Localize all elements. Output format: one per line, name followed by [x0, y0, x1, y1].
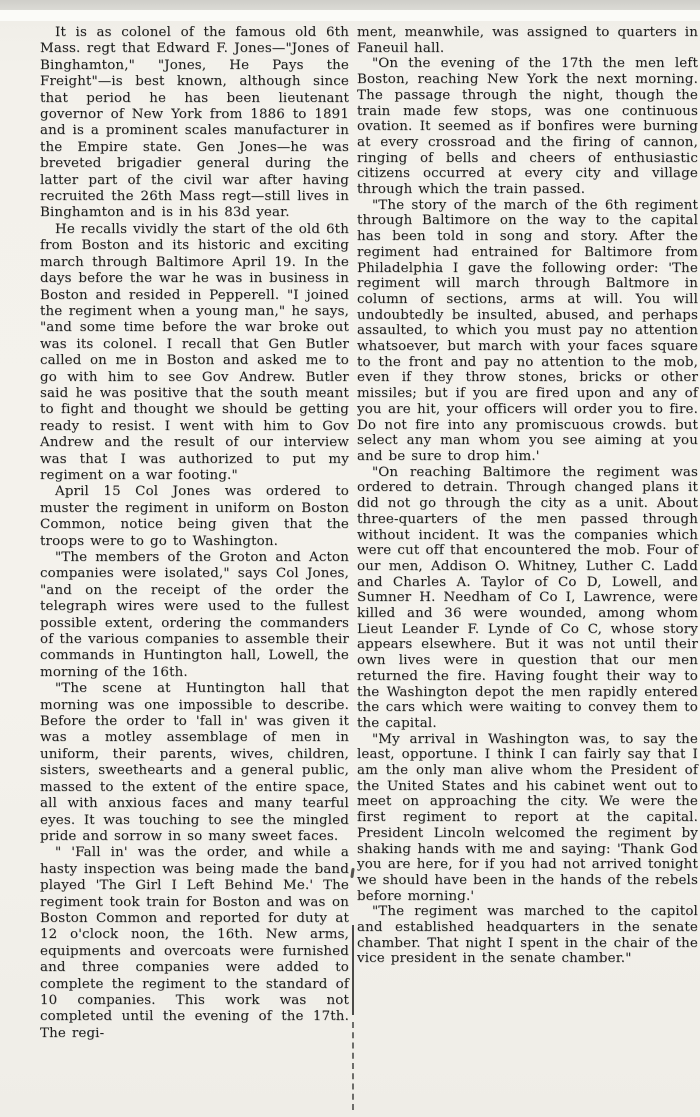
paragraph: April 15 Col Jones was ordered to muster… — [40, 484, 349, 550]
paragraph: "My arrival in Washington was, to say th… — [357, 732, 698, 905]
right-column: ment, meanwhile, was assigned to quarter… — [357, 25, 698, 967]
paragraph: It is as colonel of the famous old 6th M… — [40, 25, 349, 222]
paragraph: "The story of the march of the 6th regim… — [357, 198, 698, 465]
paragraph: "The regiment was marched to the capitol… — [357, 904, 698, 967]
paragraph: ment, meanwhile, was assigned to quarter… — [357, 25, 698, 56]
paragraph: "The scene at Huntington hall that morni… — [40, 681, 349, 845]
column-rule-dashed — [352, 1022, 354, 1110]
paragraph: " 'Fall in' was the order, and while a h… — [40, 845, 349, 1042]
column-rule-solid — [352, 925, 354, 1015]
scan-edge-band — [0, 0, 700, 10]
paragraph: "The members of the Groton and Acton com… — [40, 550, 349, 681]
paragraph: "On the evening of the 17th the men left… — [357, 56, 698, 197]
paragraph: He recalls vividly the start of the old … — [40, 222, 349, 485]
paragraph: "On reaching Baltimore the regiment was … — [357, 465, 698, 732]
left-column: It is as colonel of the famous old 6th M… — [40, 25, 349, 1042]
scan-edge-gap — [0, 10, 700, 21]
